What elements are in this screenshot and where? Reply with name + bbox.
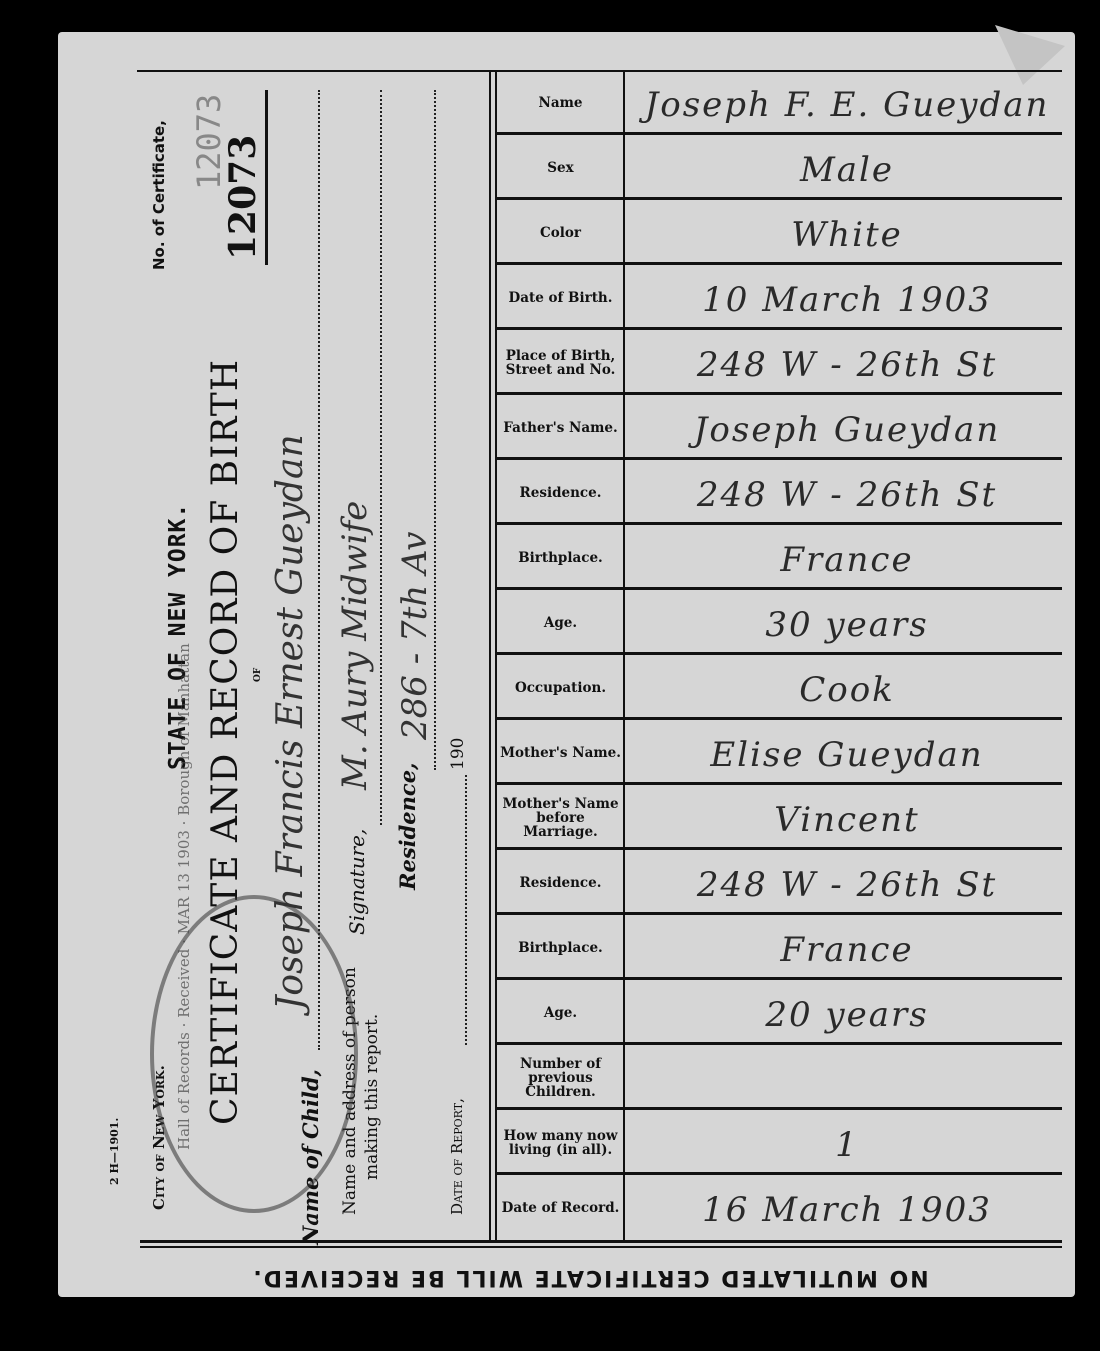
field-value[interactable]: 10 March 1903 (637, 271, 1057, 329)
certificate-number-underline (265, 90, 268, 265)
stamp-text: Hall of Records · Received · MAR 13 1903… (175, 643, 193, 1150)
field-value[interactable]: White (637, 206, 1057, 264)
field-label: How many now living (in all). (497, 1110, 624, 1175)
field-value[interactable]: Male (637, 141, 1057, 199)
field-row-occupation: Occupation. Cook (497, 655, 1062, 720)
field-value[interactable]: 248 W - 26th St (637, 466, 1057, 524)
field-label: Mother's Name before Marriage. (497, 785, 624, 850)
field-row-father-residence: Residence. 248 W - 26th St (497, 460, 1062, 525)
field-row-mother-residence: Residence. 248 W - 26th St (497, 850, 1062, 915)
field-row-place-of-birth: Place of Birth, Street and No. 248 W - 2… (497, 330, 1062, 395)
bottom-border (140, 1240, 1062, 1243)
field-label: Father's Name. (497, 395, 624, 460)
field-value[interactable]: 1 (637, 1116, 1057, 1174)
field-row-previous-children: Number of previous Children. (497, 1045, 1062, 1110)
field-row-name: Name Joseph F. E. Gueydan (497, 70, 1062, 135)
field-row-mother-maiden-name: Mother's Name before Marriage. Vincent (497, 785, 1062, 850)
field-row-mother-name: Mother's Name. Elise Gueydan (497, 720, 1062, 785)
field-value[interactable]: France (637, 921, 1057, 979)
field-label: Number of previous Children. (497, 1045, 624, 1110)
field-value[interactable] (637, 1051, 1057, 1109)
field-row-mother-age: Age. 20 years (497, 980, 1062, 1045)
field-row-father-age: Age. 30 years (497, 590, 1062, 655)
of-label: OF (253, 668, 263, 682)
field-row-color: Color White (497, 200, 1062, 265)
signature-line (380, 90, 382, 825)
field-row-mother-birthplace: Birthplace. France (497, 915, 1062, 980)
field-label: Occupation. (497, 655, 624, 720)
field-value[interactable]: 248 W - 26th St (637, 856, 1057, 914)
field-label: Place of Birth, Street and No. (497, 330, 624, 395)
bottom-border-2 (140, 1246, 1062, 1248)
field-label: Sex (497, 135, 624, 200)
field-value[interactable]: Cook (637, 661, 1057, 719)
field-label: Residence. (497, 850, 624, 915)
field-row-now-living: How many now living (in all). 1 (497, 1110, 1062, 1175)
field-value[interactable]: Joseph F. E. Gueydan (637, 76, 1057, 134)
field-row-father-name: Father's Name. Joseph Gueydan (497, 395, 1062, 460)
field-label: Date of Record. (497, 1175, 624, 1240)
field-label: Color (497, 200, 624, 265)
field-value[interactable]: Vincent (637, 791, 1057, 849)
field-value[interactable]: Elise Gueydan (637, 726, 1057, 784)
field-label: Residence. (497, 460, 624, 525)
field-label: Mother's Name. (497, 720, 624, 785)
field-label: Name (497, 70, 624, 135)
certificate-number-label: No. of Certificate, (150, 120, 168, 270)
year-prefix: 190 (448, 738, 468, 770)
field-row-sex: Sex Male (497, 135, 1062, 200)
form-number: 2 H—1901. (108, 1118, 121, 1185)
field-value[interactable]: 20 years (637, 986, 1057, 1044)
date-of-report-line (465, 775, 467, 1045)
field-value[interactable]: France (637, 531, 1057, 589)
field-label: Age. (497, 980, 624, 1045)
signature-label: Signature, (345, 829, 369, 935)
field-value[interactable]: Joseph Gueydan (637, 401, 1057, 459)
field-row-date-of-birth: Date of Birth. 10 March 1903 (497, 265, 1062, 330)
mutilation-notice: NO MUTILATED CERTIFICATE WILL BE RECEIVE… (210, 1265, 970, 1290)
reporter-label-line2: making this report. (362, 1014, 382, 1180)
field-value[interactable]: 30 years (637, 596, 1057, 654)
residence-label: Residence, (395, 763, 420, 890)
residence-value[interactable]: 286 - 7th Av (395, 532, 435, 740)
field-value[interactable]: 248 W - 26th St (637, 336, 1057, 394)
table-left-border (489, 72, 491, 1240)
date-of-report-label: Date of Report, (448, 1098, 466, 1215)
name-of-child-line (318, 90, 320, 1050)
field-label: Date of Birth. (497, 265, 624, 330)
field-label: Birthplace. (497, 915, 624, 980)
field-value[interactable]: 16 March 1903 (637, 1181, 1057, 1239)
field-row-date-of-record: Date of Record. 16 March 1903 (497, 1175, 1062, 1240)
signature-value[interactable]: M. Aury Midwife (335, 501, 375, 790)
field-label: Birthplace. (497, 525, 624, 590)
field-row-father-birthplace: Birthplace. France (497, 525, 1062, 590)
certificate-number-printed: 12073 (222, 135, 264, 260)
field-label: Age. (497, 590, 624, 655)
